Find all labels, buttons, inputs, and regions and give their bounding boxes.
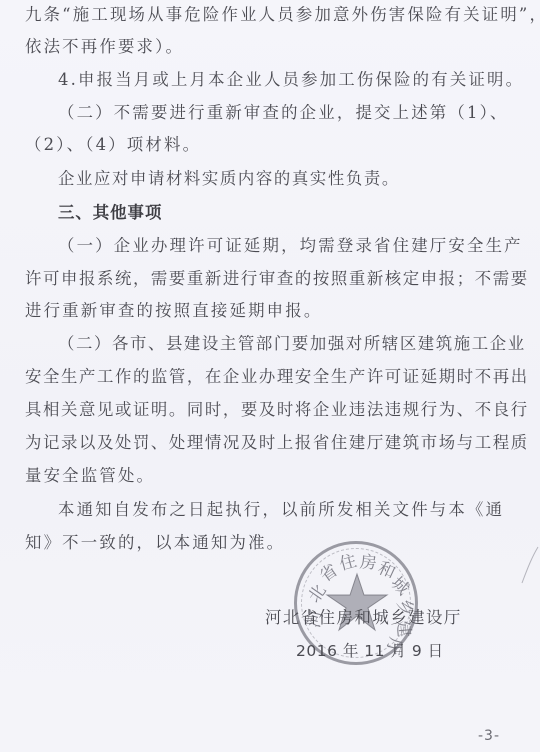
effective-line-2: 知》不一致的，以本通知为准。 <box>25 526 517 559</box>
body-line-1: 九条“施工现场从事危险作业人员参加意外伤害保险有关证明”， <box>25 0 517 31</box>
item-4-line: 4.申报当月或上月本企业人员参加工伤保险的有关证明。 <box>58 63 517 96</box>
document-page: 九条“施工现场从事危险作业人员参加意外伤害保险有关证明”， 依法不再作要求）。 … <box>0 0 540 752</box>
body-line-2: 依法不再作要求）。 <box>25 30 517 63</box>
section-3-2-line-2: 安全生产工作的监管，在企业办理安全生产许可证延期时不再出 <box>25 360 517 393</box>
responsibility-line: 企业应对申请材料实质内容的真实性负责。 <box>58 162 517 195</box>
section-3-heading: 三、其他事项 <box>58 196 517 229</box>
section-3-1-line-3: 进行重新审查的按照直接延期申报。 <box>25 294 517 327</box>
section-2-2-line-2: （2）、（4）项材料。 <box>25 128 517 161</box>
effective-line-1: 本通知自发布之日起执行，以前所发相关文件与本《通 <box>58 493 517 526</box>
issue-date: 2016 年 11 月 9 日 <box>296 636 444 666</box>
seal-char: 房 <box>359 547 378 573</box>
section-3-2-line-5: 量安全监管处。 <box>25 459 517 492</box>
section-3-2-line-3: 具相关意见或证明。同时，要及时将企业违法违规行为、不良行 <box>25 393 517 426</box>
section-3-2-line-1: （二）各市、县建设主管部门要加强对所辖区建筑施工企业 <box>58 327 517 360</box>
section-3-2-line-4: 为记录以及处罚、处理情况及时上报省住建厅建筑市场与工程质 <box>25 426 517 459</box>
section-2-2-line-1: （二）不需要进行重新审查的企业，提交上述第（1）、 <box>58 96 517 129</box>
section-3-1-line-1: （一）企业办理许可证延期，均需登录省住建厅安全生产 <box>58 229 517 262</box>
section-3-1-line-2: 许可申报系统，需要重新进行审查的按照重新核定申报；不需要 <box>25 262 517 295</box>
issuer-signature: 河北省住房和城乡建设厅 <box>265 603 462 633</box>
page-number: -3- <box>478 728 500 744</box>
pen-mark <box>520 545 540 585</box>
